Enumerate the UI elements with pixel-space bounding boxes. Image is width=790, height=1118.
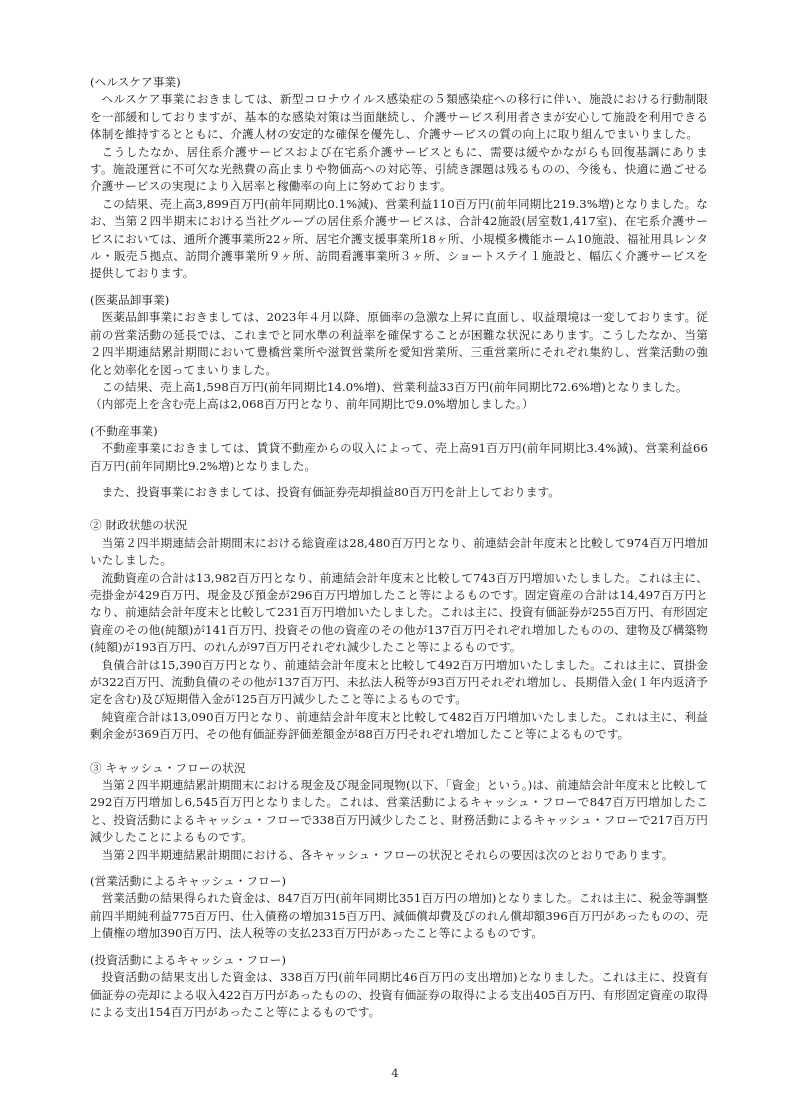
paragraph: ヘルスケア事業におきましては、新型コロナウイルス感染症の５類感染症への移行に伴い… (90, 91, 708, 143)
section-heading: (営業活動によるキャッシュ・フロー) (90, 873, 708, 890)
paragraph: 医薬品卸事業におきましては、2023年４月以降、原価率の急激な上昇に直面し、収益… (90, 309, 708, 379)
paragraph: 投資活動の結果支出した資金は、338百万円(前年同期比46百万円の支出増加)とな… (90, 969, 708, 1021)
paragraph: 当第２四半期連結会計期間末における総資産は28,480百万円となり、前連結会計年… (90, 535, 708, 570)
document-page: (ヘルスケア事業) ヘルスケア事業におきましては、新型コロナウイルス感染症の５類… (90, 74, 708, 1021)
section-operating-cash-flow: (営業活動によるキャッシュ・フロー) 営業活動の結果得られた資金は、847百万円… (90, 873, 708, 943)
spacer (90, 414, 708, 423)
section-heading: (不動産事業) (90, 423, 708, 440)
section-pharma-wholesale: (医薬品卸事業) 医薬品卸事業におきましては、2023年４月以降、原価率の急激な… (90, 292, 708, 414)
section-heading: (投資活動によるキャッシュ・フロー) (90, 952, 708, 969)
spacer (90, 501, 708, 517)
spacer (90, 283, 708, 292)
paragraph: この結果、売上高1,598百万円(前年同期比14.0%増)、営業利益33百万円(… (90, 379, 708, 396)
paragraph: 営業活動の結果得られた資金は、847百万円(前年同期比351百万円の増加)となり… (90, 890, 708, 942)
section-heading: ② 財政状態の状況 (90, 517, 708, 534)
section-heading: ③ キャッシュ・フローの状況 (90, 760, 708, 777)
section-heading: (ヘルスケア事業) (90, 74, 708, 91)
section-cash-flow: ③ キャッシュ・フローの状況 当第２四半期連結累計期間末における現金及び現金同現… (90, 760, 708, 864)
spacer (90, 943, 708, 952)
page-number: 4 (0, 1066, 790, 1080)
paragraph: 当第２四半期連結累計期間末における現金及び現金同現物(以下、「資金」という。)は… (90, 777, 708, 847)
section-heading: (医薬品卸事業) (90, 292, 708, 309)
section-real-estate: (不動産事業) 不動産事業におきましては、賃貸不動産からの収入によって、売上高9… (90, 423, 708, 475)
section-healthcare: (ヘルスケア事業) ヘルスケア事業におきましては、新型コロナウイルス感染症の５類… (90, 74, 708, 283)
paragraph: 負債合計は15,390百万円となり、前連結会計年度末と比較して492百万円増加い… (90, 657, 708, 709)
spacer (90, 744, 708, 760)
paragraph: こうしたなか、居住系介護サービスおよび在宅系介護サービスともに、需要は緩やかなが… (90, 144, 708, 196)
spacer (90, 864, 708, 873)
spacer (90, 475, 708, 484)
section-investment: また、投資事業におきましては、投資有価証券売却損益80百万円を計上しております。 (90, 484, 708, 501)
paragraph: 不動産事業におきましては、賃貸不動産からの収入によって、売上高91百万円(前年同… (90, 440, 708, 475)
paragraph: 流動資産の合計は13,982百万円となり、前連結会計年度末と比較して743百万円… (90, 570, 708, 657)
section-financial-position: ② 財政状態の状況 当第２四半期連結会計期間末における総資産は28,480百万円… (90, 517, 708, 743)
parenthetical-note: （内部売上を含む売上高は2,068百万円となり、前年同期比で9.0%増加しました… (90, 396, 708, 413)
paragraph: 当第２四半期連結累計期間における、各キャッシュ・フローの状況とそれらの要因は次の… (90, 847, 708, 864)
paragraph: 純資産合計は13,090百万円となり、前連結会計年度末と比較して482百万円増加… (90, 709, 708, 744)
paragraph: また、投資事業におきましては、投資有価証券売却損益80百万円を計上しております。 (90, 484, 708, 501)
section-investing-cash-flow: (投資活動によるキャッシュ・フロー) 投資活動の結果支出した資金は、338百万円… (90, 952, 708, 1022)
paragraph: この結果、売上高3,899百万円(前年同期比0.1%減)、営業利益110百万円(… (90, 196, 708, 283)
